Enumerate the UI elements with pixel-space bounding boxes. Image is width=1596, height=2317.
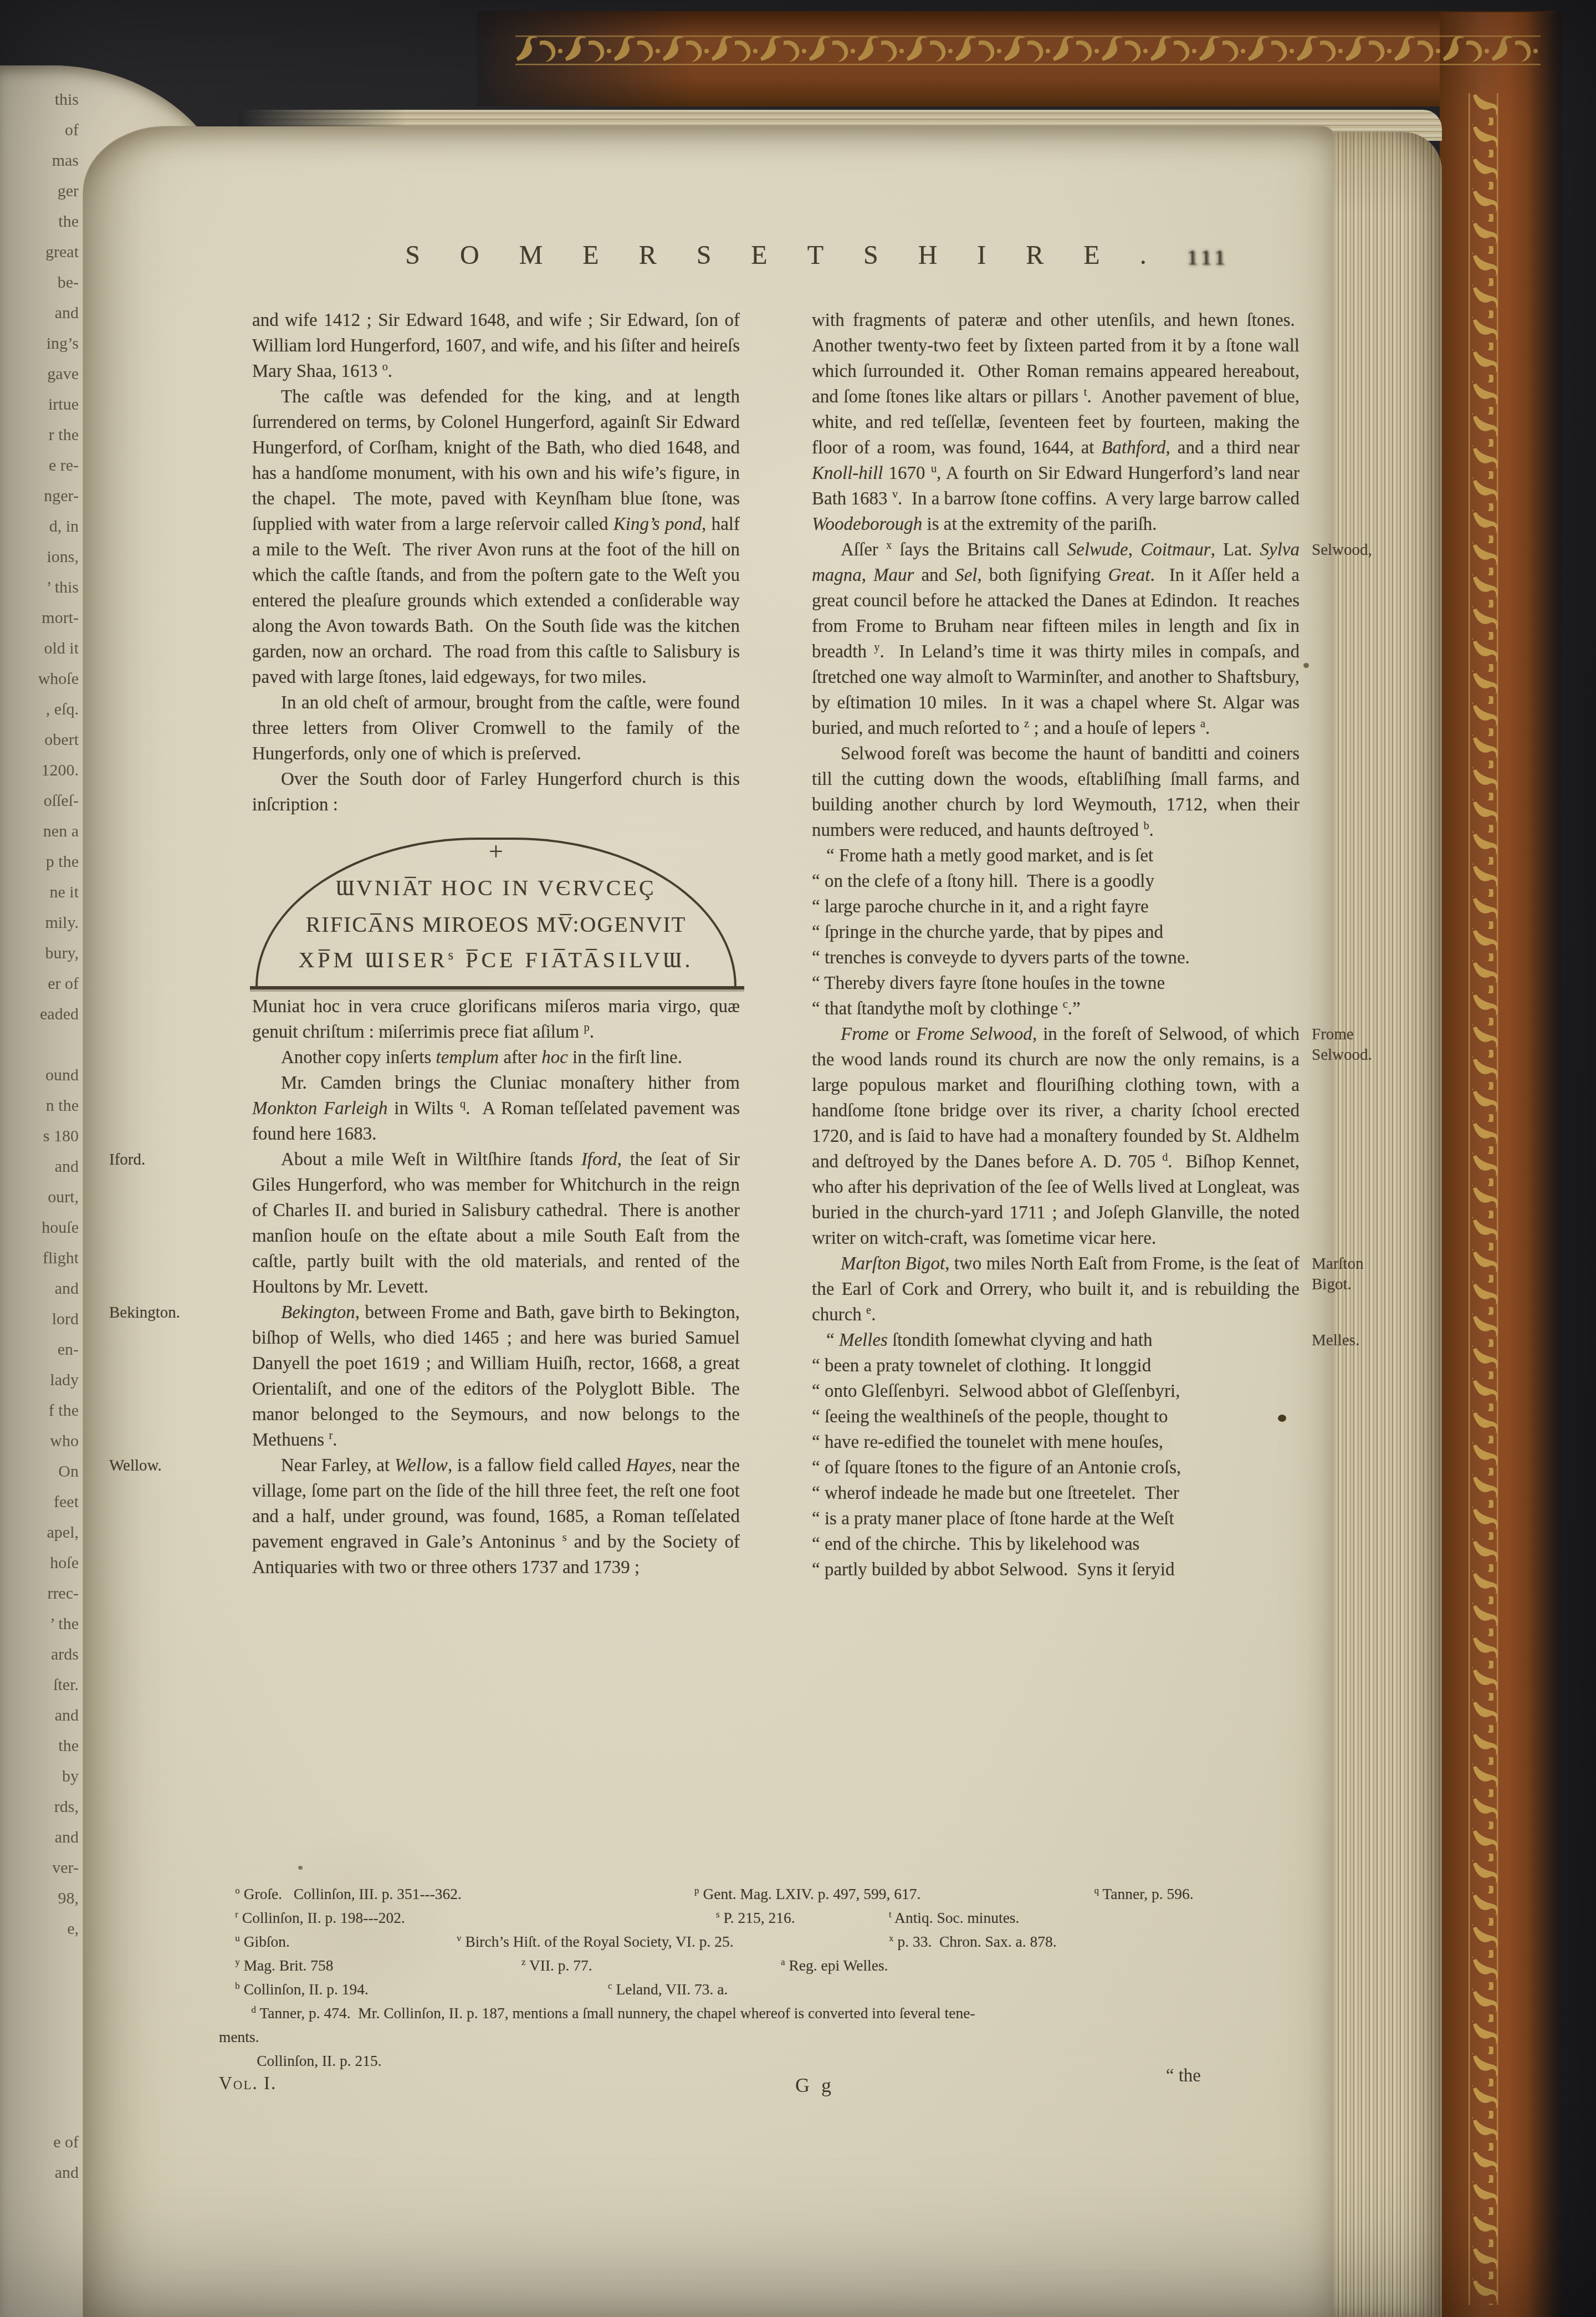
paragraph: Selwood foreſt was become the haunt of b… [812,741,1300,843]
cross-icon: + [253,839,739,864]
quote-line: “ end of the chirche. This by likelehood… [812,1532,1300,1557]
footnote-row: r Collinſon, II. p. 198---202. s P. 215,… [219,1906,1300,1930]
footnote-row: u Gibſon. v Birch’s Hiſt. of the Royal S… [219,1930,1300,1953]
inscription-baseline [250,986,744,989]
footnote: b Collinſon, II. p. 194. [235,1977,369,2001]
quote-line: “ on the clefe of a ſtony hill. There is… [812,869,1300,894]
paragraph: Mr. Camden brings the Cluniac monaſtery … [252,1070,740,1147]
volume-label: Vol. I. [219,2074,277,2094]
quote-line: “ Thereby divers fayre ſtone houſes in t… [812,971,1300,996]
signature-mark: G g [795,2074,835,2097]
paragraph: Near Farley, at Wellow, is a fallow fiel… [252,1453,740,1580]
footnote-row: b Collinſon, II. p. 194. c Leland, VII. … [219,1977,1300,2001]
catchword: “ the [1166,2066,1201,2086]
footnote-row: y Mag. Brit. 758 z VII. p. 77. a Reg. ep… [219,1953,1300,1977]
inscription-line-3: XP̅M ƜISERs P̅CE FIA̅TA̅SILVƜ. [253,947,739,973]
previous-page-text-fragments: this of mas ger the great be- and ing’s … [0,84,79,2188]
page-block-fore-edge [1331,132,1442,2317]
quote-line: “ partly builded by abbot Selwood. Syns … [812,1557,1300,1583]
ink-speck [1303,663,1309,668]
inscription-arch: + ƜVNIA̅T HOC IN VЄRVCEÇ RIFICA̅NS MIROE… [253,823,739,989]
margin-note-wellow: Wellow. [109,1456,242,1476]
inscription-line-1: ƜVNIA̅T HOC IN VЄRVCEÇ [253,875,739,901]
footnote: a Reg. epi Welles. [781,1953,888,1977]
quote-line: “ trenches is conveyde to dyvers parts o… [812,945,1300,971]
gold-tooling-ornament-right [1467,93,1500,2305]
footnote: s P. 215, 216. [716,1906,795,1930]
footnote-row: ments. [219,2025,1300,2049]
quote-line: “ is a praty maner place of ſtone harde … [812,1506,1300,1532]
footnote: u Gibſon. [235,1930,290,1953]
footnote: z VII. p. 77. [521,1953,592,1977]
ink-speck [1278,1415,1286,1422]
footnote: c Leland, VII. 73. a. [608,1977,728,2001]
quote-line: “ been a praty townelet of clothing. It … [812,1353,1300,1379]
footnote: r Collinſon, II. p. 198---202. [235,1906,405,1930]
paragraph: In an old cheſt of armour, brought from … [252,690,740,767]
leland-quote-melles: “ Melles ſtondith ſomewhat clyving and h… [812,1328,1300,1583]
quote-line: “ Melles ſtondith ſomewhat clyving and h… [812,1328,1300,1353]
paragraph: Frome or Frome Selwood, in the foreſt of… [812,1022,1300,1251]
paragraph: Marſton Bigot, two miles North Eaſt from… [812,1251,1300,1328]
paragraph: About a mile Weſt in Wiltſhire ſtands If… [252,1147,740,1300]
paragraph: Over the South door of Farley Hungerford… [252,767,740,818]
footnote: ments. [219,2025,259,2049]
margin-note-bekington: Bekington. [109,1303,242,1323]
quote-line: “ onto Gleſſenbyri. Selwood abbot of Gle… [812,1379,1300,1404]
footnote: q Tanner, p. 596. [1094,1882,1194,1906]
margin-note-selwood: Selwood, [1312,540,1439,560]
quote-line: “ Frome hath a metly good market, and is… [812,843,1300,869]
quote-line: “ large paroche churche in it, and a rig… [812,894,1300,920]
footnote: x p. 33. Chron. Sax. a. 878. [889,1930,1057,1953]
quote-line: “ have re-edified the tounelet with mene… [812,1430,1300,1455]
margin-note-iford: Iford. [109,1150,242,1170]
paragraph: The caſtle was defended for the king, an… [252,384,740,690]
paragraph: and wife 1412 ; Sir Edward 1648, and wif… [252,308,740,384]
inscription-line-2: RIFICA̅NS MIROEOS MV̅:OGENVIT [253,912,739,937]
quote-line: “ that ſtandythe moſt by clothinge c.” [812,996,1300,1022]
text-block: SOMERSETSHIRE. 111 and wife 1412 ; Sir E… [252,240,1300,271]
margin-note-melles: Melles. [1312,1330,1439,1351]
footnotes: o Groſe. Collinſon, III. p. 351---362. p… [219,1882,1300,2073]
quote-line: “ ſpringe in the churche yarde, that by … [812,920,1300,945]
column-left: and wife 1412 ; Sir Edward 1648, and wif… [252,308,740,1580]
paragraph: Aſſer x ſays the Britains call Selwude, … [812,537,1300,741]
quote-line: “ wherof indeade he made but one ſtreete… [812,1481,1300,1506]
paragraph: Bekington, between Frome and Bath, gave … [252,1300,740,1453]
page-title: SOMERSETSHIRE. [252,240,1300,271]
footnote-row: o Groſe. Collinſon, III. p. 351---362. p… [219,1882,1300,1906]
margin-note-marston-bigot: Marſton Bigot. [1312,1254,1439,1295]
quote-line: “ ſeeing the wealthineſs of the people, … [812,1404,1300,1430]
footnote-row: Collinſon, II. p. 215. [219,2049,1300,2073]
footnote: p Gent. Mag. LXIV. p. 497, 599, 617. [694,1882,920,1906]
footnote: d Tanner, p. 474. Mr. Collinſon, II. p. … [252,2001,975,2025]
gold-tooling-ornament-top [515,34,1541,67]
footnote: Collinſon, II. p. 215. [257,2049,381,2073]
footnote-row: d Tanner, p. 474. Mr. Collinſon, II. p. … [219,2001,1300,2025]
footnote: t Antiq. Soc. minutes. [889,1906,1019,1930]
footnote: v Birch’s Hiſt. of the Royal Society, VI… [457,1930,734,1953]
book-page: SOMERSETSHIRE. 111 and wife 1412 ; Sir E… [83,126,1333,2317]
footnote: y Mag. Brit. 758 [235,1953,333,1977]
column-right: with fragments of pateræ and other utenſ… [812,308,1300,1583]
ink-speck [298,1866,303,1870]
margin-note-frome-selwood: Frome Selwood. [1312,1024,1439,1065]
page-number: 111 [1187,246,1229,270]
paragraph: with fragments of pateræ and other utenſ… [812,308,1300,537]
paragraph: Another copy inſerts templum after hoc i… [252,1045,740,1070]
book-cover-right-board [1440,12,1562,2317]
quote-line: “ of ſquare ſtones to the figure of an A… [812,1455,1300,1481]
page-footer: Vol. I. G g “ the [219,2074,1300,2094]
paragraph: Muniat hoc in vera cruce glorificans miſ… [252,994,740,1045]
leland-quote-frome: “ Frome hath a metly good market, and is… [812,843,1300,1022]
footnote: o Groſe. Collinſon, III. p. 351---362. [235,1882,462,1906]
